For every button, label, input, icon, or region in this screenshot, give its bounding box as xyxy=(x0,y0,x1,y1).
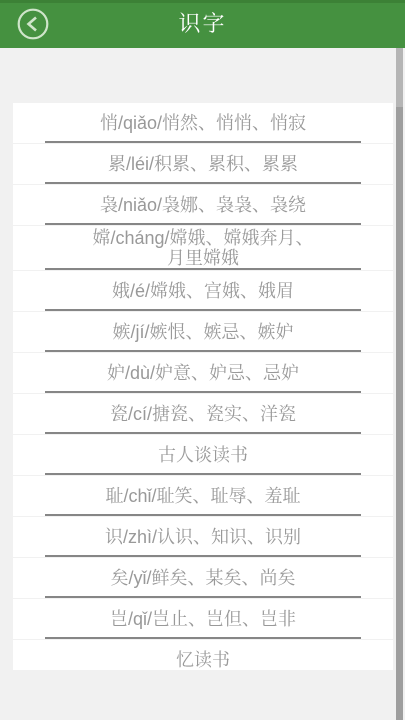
list-item-label: 忆读书 xyxy=(176,650,230,670)
list-item-label: 妒/dù/妒意、妒忌、忌妒 xyxy=(107,363,299,383)
list-item-label: 嫦/cháng/嫦娥、嫦娥奔月、月里嫦娥 xyxy=(86,228,320,268)
page-title: 识字 xyxy=(178,0,226,48)
list-item[interactable]: 累/léi/积累、累积、累累 xyxy=(13,144,393,184)
app-screen: 识字 悄/qiǎo/悄然、悄悄、悄寂 累/léi/积累、累积、累累 袅/niǎo… xyxy=(0,0,405,720)
list-item[interactable]: 矣/yǐ/鲜矣、某矣、尚矣 xyxy=(13,558,393,598)
list-item[interactable]: 嫉/jí/嫉恨、嫉忌、嫉妒 xyxy=(13,312,393,352)
list-item[interactable]: 嫦/cháng/嫦娥、嫦娥奔月、月里嫦娥 xyxy=(13,226,393,270)
word-list: 悄/qiǎo/悄然、悄悄、悄寂 累/léi/积累、累积、累累 袅/niǎo/袅娜… xyxy=(13,103,393,670)
list-item[interactable]: 识/zhì/认识、知识、识别 xyxy=(13,517,393,557)
list-item[interactable]: 岂/qǐ/岂止、岂但、岂非 xyxy=(13,599,393,639)
list-item-label: 悄/qiǎo/悄然、悄悄、悄寂 xyxy=(100,113,306,133)
list-item-label: 识/zhì/认识、知识、识别 xyxy=(105,527,301,547)
list-item-label: 岂/qǐ/岂止、岂但、岂非 xyxy=(110,609,296,629)
list-item-label: 累/léi/积累、累积、累累 xyxy=(108,154,298,174)
list-item-label: 古人谈读书 xyxy=(158,445,248,465)
scrollbar-thumb[interactable] xyxy=(396,107,403,720)
scrollbar-track xyxy=(396,48,403,720)
list-item-label: 袅/niǎo/袅娜、袅袅、袅绕 xyxy=(100,195,306,215)
list-item[interactable]: 娥/é/嫦娥、宫娥、娥眉 xyxy=(13,271,393,311)
list-item-label: 矣/yǐ/鲜矣、某矣、尚矣 xyxy=(110,568,295,588)
header: 识字 xyxy=(0,0,405,48)
chevron-left-icon xyxy=(17,8,49,40)
list-item[interactable]: 耻/chǐ/耻笑、耻辱、羞耻 xyxy=(13,476,393,516)
list-item[interactable]: 袅/niǎo/袅娜、袅袅、袅绕 xyxy=(13,185,393,225)
back-button[interactable] xyxy=(17,8,49,40)
list-item-label: 嫉/jí/嫉恨、嫉忌、嫉妒 xyxy=(112,322,293,342)
list-item-label: 娥/é/嫦娥、宫娥、娥眉 xyxy=(112,281,294,301)
list-item[interactable]: 妒/dù/妒意、妒忌、忌妒 xyxy=(13,353,393,393)
list-item-label: 瓷/cí/搪瓷、瓷实、洋瓷 xyxy=(110,404,296,424)
list-item[interactable]: 忆读书 xyxy=(13,640,393,670)
list-item-label: 耻/chǐ/耻笑、耻辱、羞耻 xyxy=(105,486,300,506)
list-item[interactable]: 古人谈读书 xyxy=(13,435,393,475)
list-item[interactable]: 悄/qiǎo/悄然、悄悄、悄寂 xyxy=(13,103,393,143)
list-item[interactable]: 瓷/cí/搪瓷、瓷实、洋瓷 xyxy=(13,394,393,434)
